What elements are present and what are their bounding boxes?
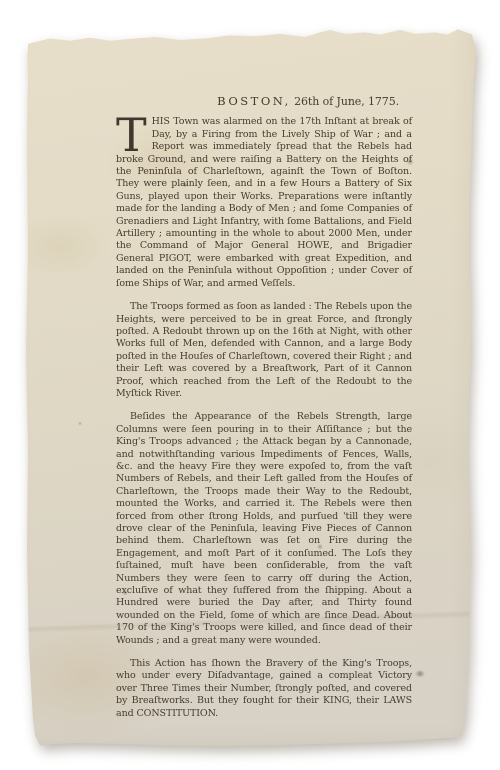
paragraph-4: This Action has ſhown the Bravery of the… [116, 658, 412, 720]
paragraph-2: The Troops formed as ſoon as landed : Th… [116, 301, 412, 400]
paragraph-1: THIS Town was alarmed on the 17th Inſtan… [116, 116, 412, 290]
paper-shadow: BOSTON, 26th of June, 1775. THIS Town wa… [0, 0, 500, 770]
broadside-text-block: BOSTON, 26th of June, 1775. THIS Town wa… [116, 95, 412, 731]
photo-background: BOSTON, 26th of June, 1775. THIS Town wa… [0, 0, 500, 770]
broadside-paper: BOSTON, 26th of June, 1775. THIS Town wa… [0, 0, 500, 770]
paragraph-3: Beſides the Appearance of the Rebels Str… [116, 411, 412, 647]
dateline-city: BOSTON, [217, 94, 291, 108]
drop-cap-letter: T [116, 116, 152, 153]
dateline-date: 26th of June, 1775. [291, 95, 399, 108]
paragraph-1-text: HIS Town was alarmed on the 17th Inſtant… [116, 116, 412, 288]
dateline: BOSTON, 26th of June, 1775. [116, 95, 412, 108]
